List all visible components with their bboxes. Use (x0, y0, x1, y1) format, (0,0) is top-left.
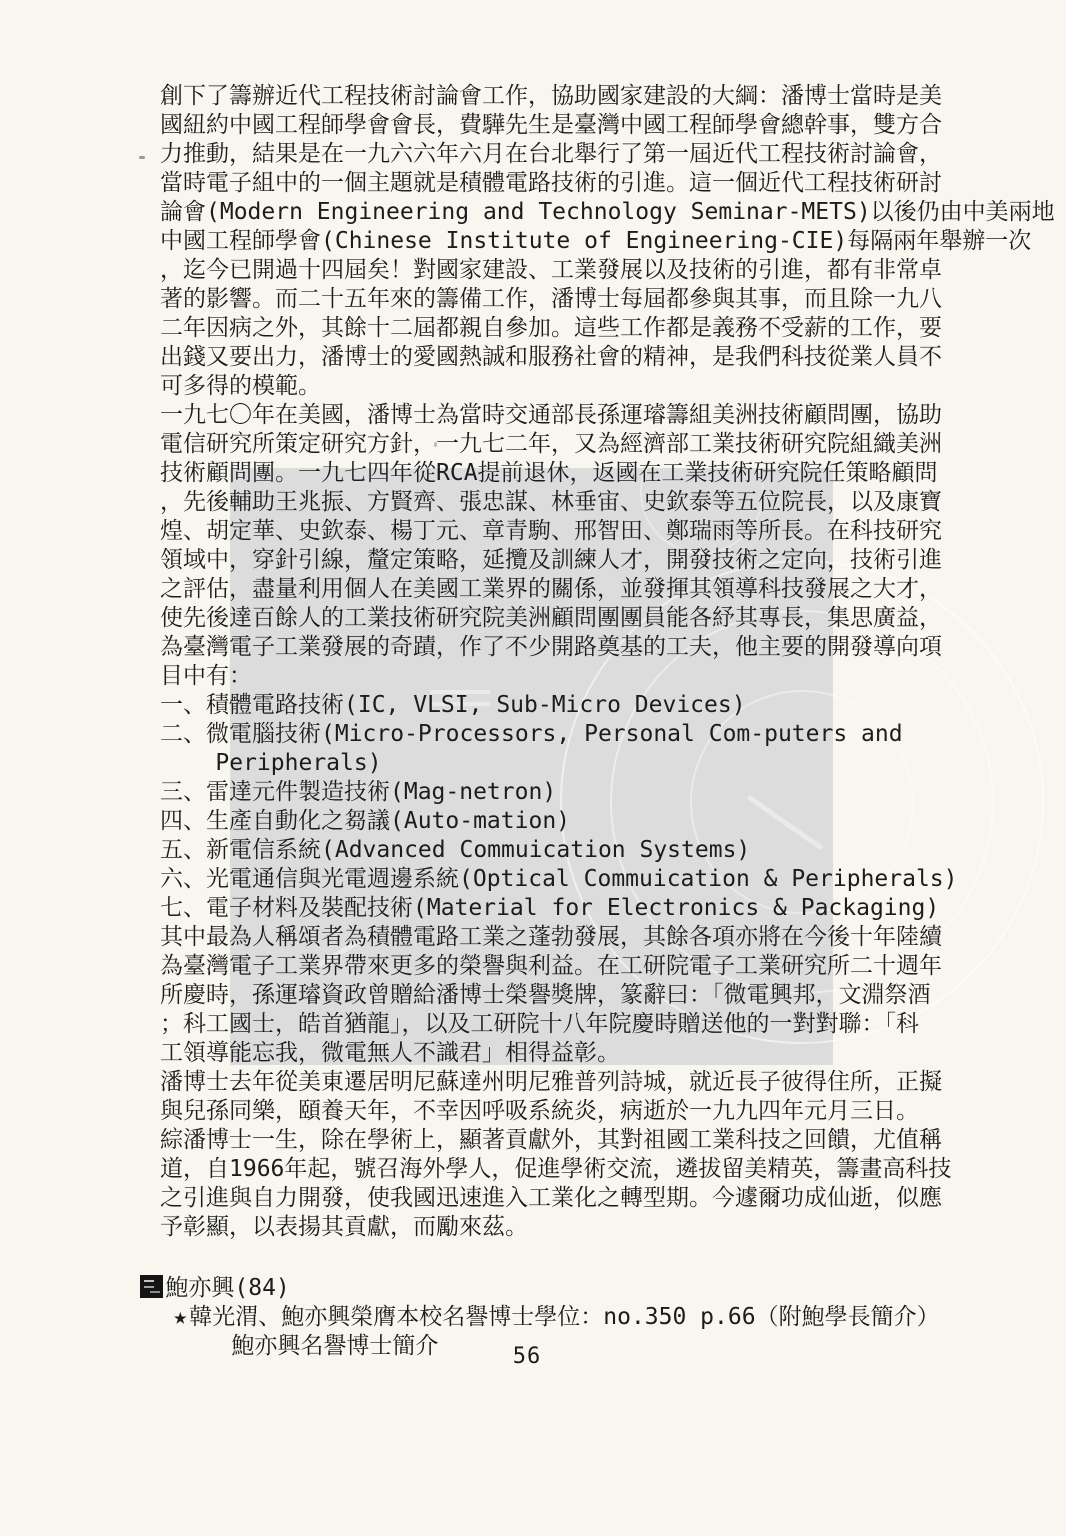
text-line: 潘博士去年從美東遷居明尼蘇達州明尼雅普列詩城，就近長子彼得住所，正擬 (160, 1068, 1040, 1097)
text-line: 國紐約中國工程師學會會長，費驊先生是臺灣中國工程師學會總幹事，雙方合 (160, 111, 1040, 140)
text-line: 所慶時，孫運璿資政曾贈給潘博士榮譽獎牌，篆辭曰：「微電興邦，文淵祭酒 (160, 981, 1040, 1010)
text-line: 創下了籌辦近代工程技術討論會工作，協助國家建設的大綱：潘博士當時是美 (160, 82, 1040, 111)
text-line: 四、生產自動化之芻議(Auto-mation) (160, 807, 1040, 836)
text-line: 五、新電信系統(Advanced Commuication Systems) (160, 836, 1040, 865)
text-line: 煌、胡定華、史欽泰、楊丁元、章青駒、邢智田、鄭瑞雨等所長。在科技研究 (160, 517, 1040, 546)
text-line: 與兒孫同樂，頤養天年，不幸因呼吸系統炎，病逝於一九九四年元月三日。 (160, 1097, 1040, 1126)
document-body: 創下了籌辦近代工程技術討論會工作，協助國家建設的大綱：潘博士當時是美國紐約中國工… (160, 82, 1040, 1242)
text-line: 力推動，結果是在一九六六年六月在台北舉行了第一屆近代工程技術討論會， (160, 140, 1040, 169)
text-line: 著的影響。而二十五年來的籌備工作，潘博士每屆都參與其事，而且除一九八 (160, 285, 1040, 314)
text-line: 之評估，盡量利用個人在美國工業界的關係，並發揮其領導科技發展之大才， (160, 575, 1040, 604)
text-line: 之引進與自力開發，使我國迅速進入工業化之轉型期。今遽爾功成仙逝，似應 (160, 1184, 1040, 1213)
text-line: 當時電子組中的一個主題就是積體電路技術的引進。這一個近代工程技術研討 (160, 169, 1040, 198)
text-line: 七、電子材料及裝配技術(Material for Electronics & P… (160, 894, 1040, 923)
text-line: 使先後達百餘人的工業技術研究院美洲顧問團團員能各紓其專長，集思廣益， (160, 604, 1040, 633)
text-line: 為臺灣電子工業發展的奇蹟，作了不少開路奠基的工夫，他主要的開發導向項 (160, 633, 1040, 662)
text-line: 綜潘博士一生，除在學術上，顯著貢獻外，其對祖國工業科技之回饋，尤值稱 (160, 1126, 1040, 1155)
text-line: 技術顧問團。一九七四年從RCA提前退休，返國在工業技術研究院任策略顧問 (160, 459, 1040, 488)
text-line: 為臺灣電子工業界帶來更多的榮譽與利益。在工研院電子工業研究所二十週年 (160, 952, 1040, 981)
text-line: 可多得的模範。 (160, 372, 1040, 401)
text-line: 其中最為人稱頌者為積體電路工業之蓬勃發展，其餘各項亦將在今後十年陸續 (160, 923, 1040, 952)
text-line: 道，自1966年起，號召海外學人，促進學術交流，遴拔留美精英，籌畫高科技 (160, 1155, 1040, 1184)
text-line: 電信研究所策定研究方針，一九七二年，又為經濟部工業技術研究院組織美洲 (160, 430, 1040, 459)
text-line: ，先後輔助王兆振、方賢齊、張忠謀、林垂宙、史欽泰等五位院長，以及康寶 (160, 488, 1040, 517)
text-line: ，迄今已開過十四屆矣！對國家建設、工業發展以及技術的引進，都有非常卓 (160, 256, 1040, 285)
text-line: 三、雷達元件製造技術(Mag-netron) (160, 778, 1040, 807)
text-line: 領域中，穿針引線，釐定策略，延攬及訓練人才，開發技術之定向，技術引進 (160, 546, 1040, 575)
page-number: 56 (0, 1344, 1054, 1369)
text-line: 出錢又要出力，潘博士的愛國熱誠和服務社會的精神，是我們科技從業人員不 (160, 343, 1040, 372)
scanned-document-page: 創下了籌辦近代工程技術討論會工作，協助國家建設的大綱：潘博士當時是美國紐約中國工… (0, 0, 1066, 1536)
text-line: 六、光電通信與光電週邊系統(Optical Commuication & Per… (160, 865, 1040, 894)
text-line: ；科工國士，皓首猶龍」，以及工研院十八年院慶時贈送他的一對對聯：「科 (160, 1010, 1040, 1039)
text-line: Peripherals) (160, 749, 1040, 778)
text-line: 二、微電腦技術(Micro-Processors, Personal Com-p… (160, 720, 1040, 749)
text-line: 中國工程師學會(Chinese Institute of Engineering… (160, 227, 1040, 256)
text-line: 一九七〇年在美國，潘博士為當時交通部長孫運璿籌組美洲技術顧問團，協助 (160, 401, 1040, 430)
scan-speck (139, 156, 145, 159)
text-line: 論會(Modern Engineering and Technology Sem… (160, 198, 1040, 227)
text-line: 二年因病之外，其餘十二屆都親自參加。這些工作都是義務不受薪的工作，要 (160, 314, 1040, 343)
text-line: 一、積體電路技術(IC, VLSI, Sub-Micro Devices) (160, 691, 1040, 720)
text-line: 予彰顯，以表揚其貢獻，而勵來茲。 (160, 1213, 1040, 1242)
text-line: 目中有： (160, 662, 1040, 691)
text-line: 工領導能忘我，微電無人不識君」相得益彰。 (160, 1039, 1040, 1068)
